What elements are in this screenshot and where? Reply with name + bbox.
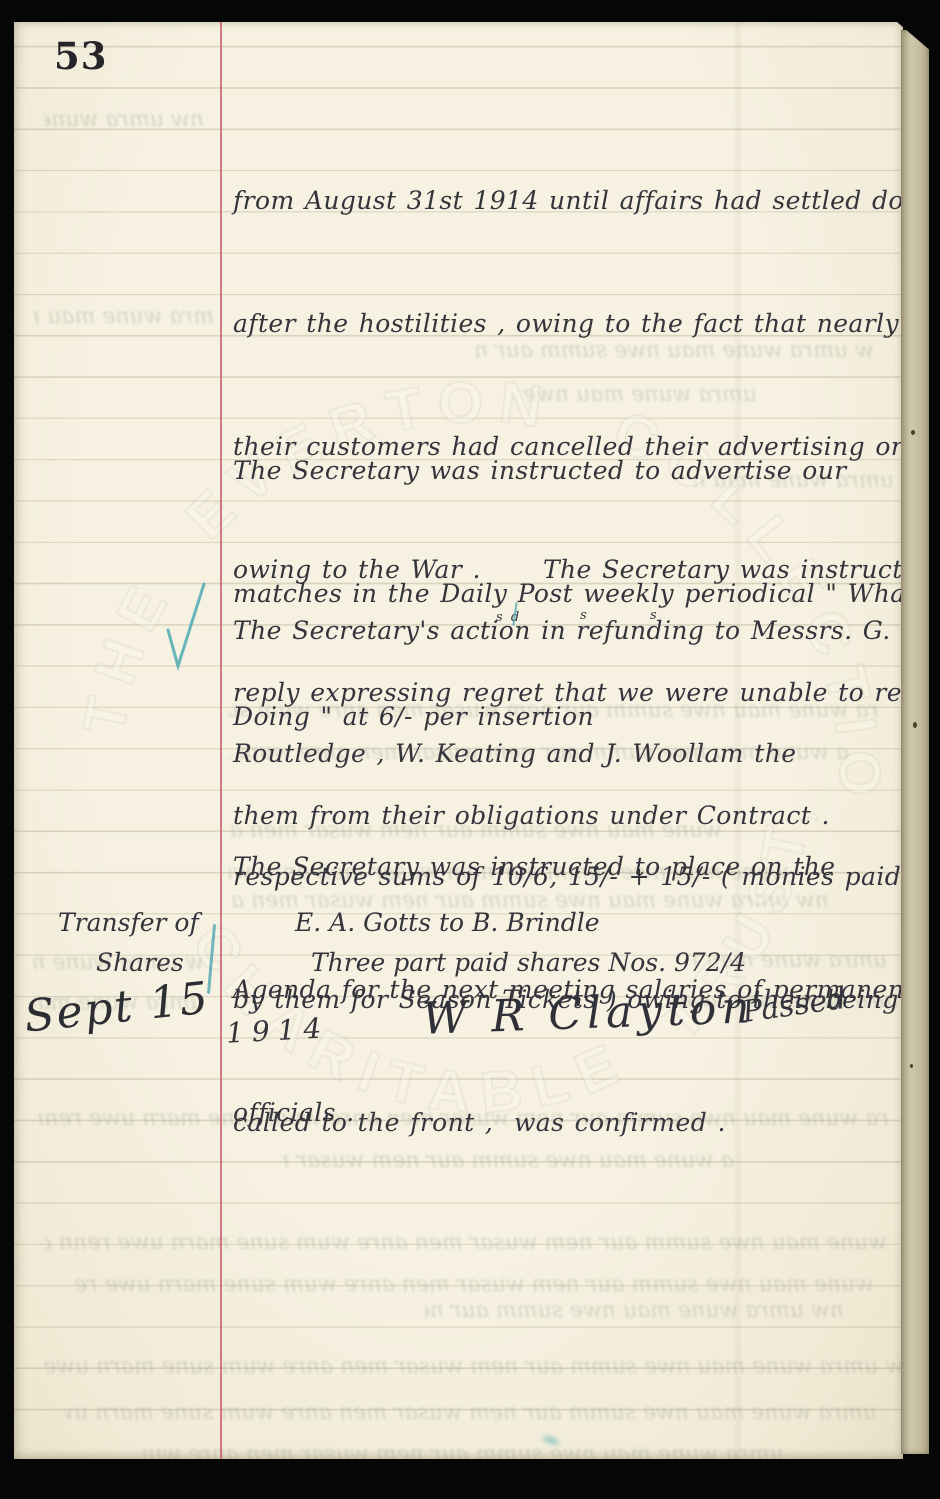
- bleedthrough-line: nw umra wune mau nwe summ aur nem wusar …: [424, 1298, 844, 1328]
- bleedthrough-line: w umra wune mau nwe summ aur nem wusar m…: [44, 1354, 903, 1384]
- currency-superscript-s: s: [650, 608, 657, 623]
- currency-superscript-s: s: [580, 608, 587, 623]
- handwritten-line: after the hostilities , owing to the fac…: [233, 303, 903, 344]
- handwritten-line: from August 31st 1914 until affairs had …: [233, 180, 903, 221]
- bleedthrough-line: umra wune mau nwe summ aur nem wusar men…: [144, 1442, 784, 1459]
- edge-speck: [910, 1064, 913, 1068]
- red-margin-rule: [220, 22, 222, 1459]
- margin-note-shares: Shares: [96, 948, 184, 977]
- handwritten-line: The Secretary was instructed to advertis…: [233, 450, 903, 491]
- transfer-parties-line: E. A. Gotts to B. Brindle: [295, 908, 600, 937]
- edge-speck: [913, 722, 917, 728]
- bleedthrough-line: nw umra wune mau n: [44, 107, 204, 137]
- scanned-minute-book-photo: nw umra wune mau nw umra wune mau nwe su…: [0, 0, 940, 1499]
- margin-date-year: 1914: [225, 1011, 330, 1049]
- edge-speck: [911, 430, 915, 435]
- blue-check-tick: [164, 578, 208, 674]
- ledger-page: nw umra wune mau nw umra wune mau nwe su…: [14, 22, 903, 1459]
- margin-note-transfer-of: Transfer of: [58, 908, 199, 937]
- bleedthrough-line: umra wune mau nwe summ aur nem wusar men…: [64, 1400, 884, 1430]
- bleedthrough-line: mra wune mau nwe sum: [34, 304, 214, 334]
- page-number: 53: [54, 36, 108, 77]
- page-corner-shadow: [897, 22, 939, 58]
- handwritten-line: The Secretary's action in refunding to M…: [233, 610, 903, 651]
- transfer-shares-line: Three part paid shares Nos. 972/4: [311, 948, 746, 977]
- bleedthrough-line: wune mau nwe summ aur nem wusar men anre…: [44, 1230, 894, 1260]
- handwritten-line: officials .: [233, 1092, 903, 1133]
- handwritten-line: The Secretary was instructed to place on…: [233, 846, 903, 887]
- page-stack-edge: [901, 30, 929, 1454]
